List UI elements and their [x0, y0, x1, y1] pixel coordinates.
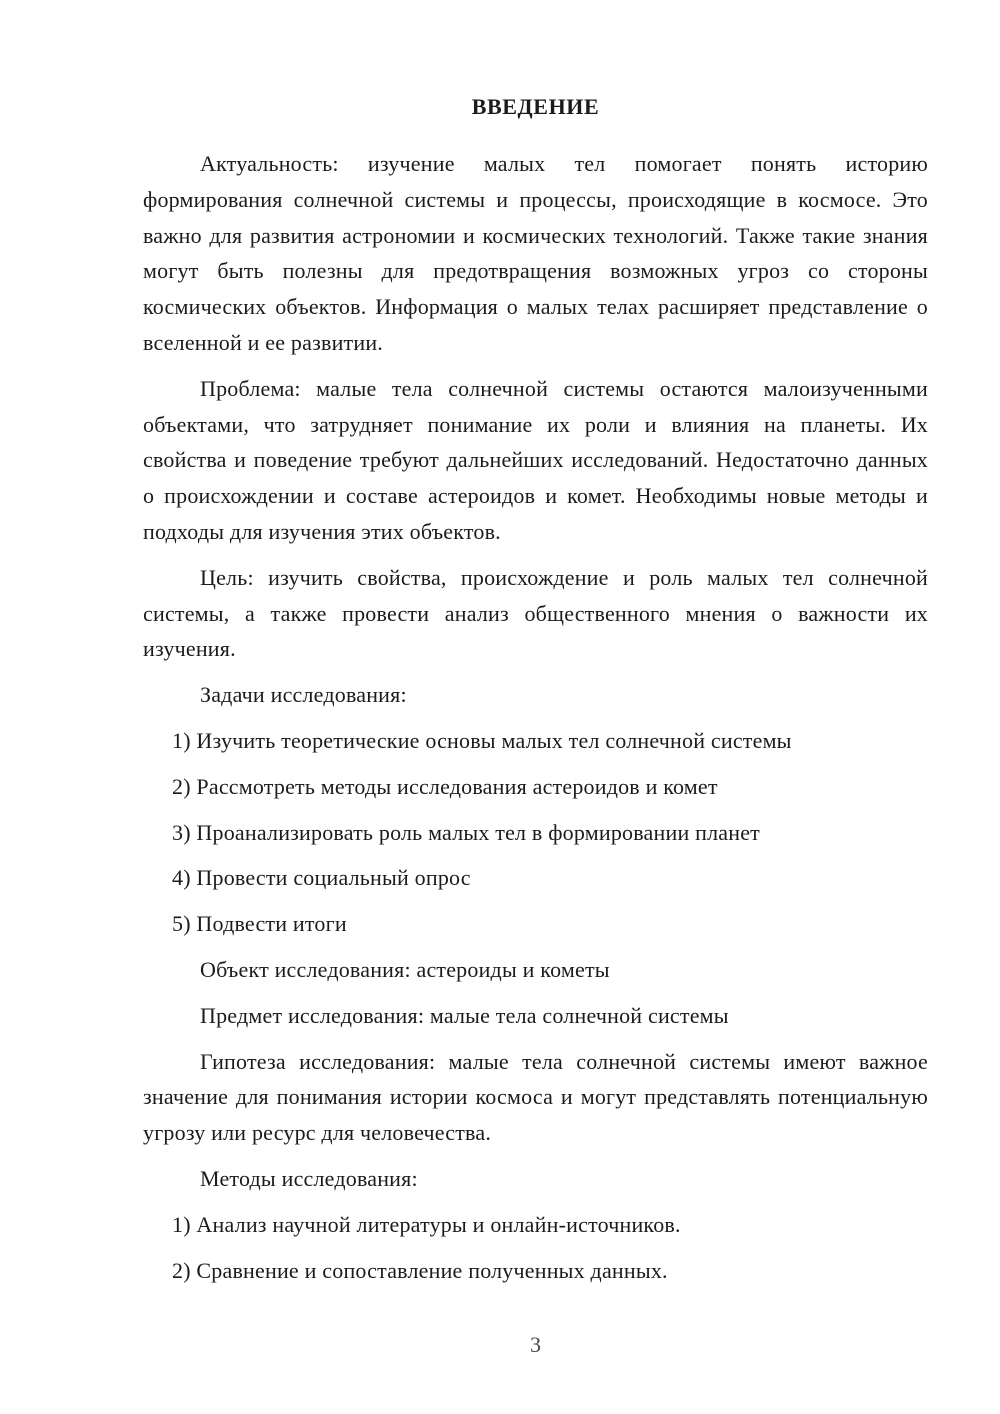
page-number: 3: [143, 1332, 928, 1358]
document-title: ВВЕДЕНИЕ: [143, 93, 928, 120]
paragraph-actuality: Актуальность: изучение малых тел помогае…: [143, 146, 928, 361]
task-item: 4) Провести социальный опрос: [143, 860, 928, 896]
task-item: 2) Рассмотреть методы исследования астер…: [143, 769, 928, 805]
document-body: ВВЕДЕНИЕ Актуальность: изучение малых те…: [143, 93, 928, 1298]
paragraph-problem: Проблема: малые тела солнечной системы о…: [143, 371, 928, 550]
methods-heading: Методы исследования:: [143, 1161, 928, 1197]
paragraph-goal: Цель: изучить свойства, происхождение и …: [143, 560, 928, 667]
paragraph-object: Объект исследования: астероиды и кометы: [143, 952, 928, 988]
task-item: 3) Проанализировать роль малых тел в фор…: [143, 815, 928, 851]
document-page: ВВЕДЕНИЕ Актуальность: изучение малых те…: [0, 0, 1000, 1414]
tasks-heading: Задачи исследования:: [143, 677, 928, 713]
paragraph-hypothesis: Гипотеза исследования: малые тела солнеч…: [143, 1044, 928, 1151]
task-item: 1) Изучить теоретические основы малых те…: [143, 723, 928, 759]
paragraph-subject: Предмет исследования: малые тела солнечн…: [143, 998, 928, 1034]
task-item: 5) Подвести итоги: [143, 906, 928, 942]
method-item: 2) Сравнение и сопоставление полученных …: [143, 1253, 928, 1289]
method-item: 1) Анализ научной литературы и онлайн-ис…: [143, 1207, 928, 1243]
